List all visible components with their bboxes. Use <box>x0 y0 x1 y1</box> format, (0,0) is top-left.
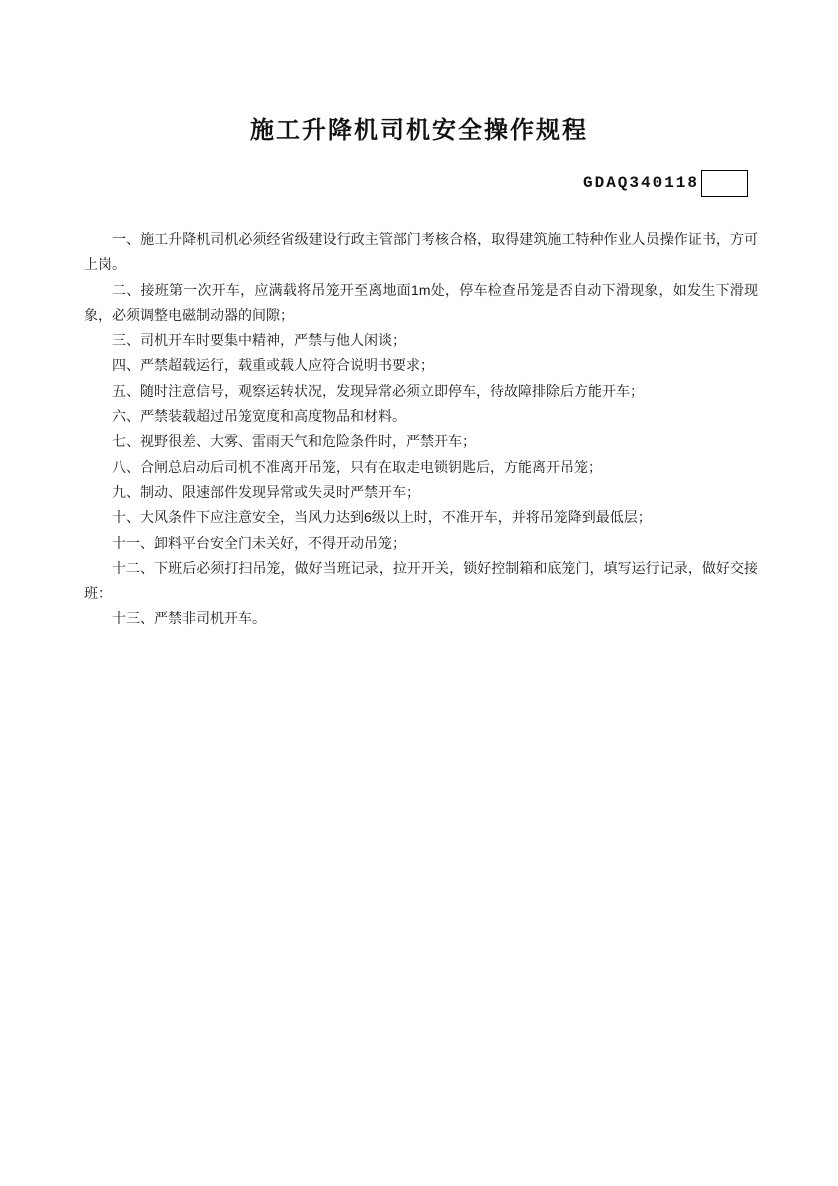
doc-code-row: GDAQ340118 <box>0 169 838 197</box>
rules-list: 一、施工升降机司机必须经省级建设行政主管部门考核合格，取得建筑施工特种作业人员操… <box>0 227 838 632</box>
rule-item: 七、视野很差、大雾、雷雨天气和危险条件时，严禁开车； <box>84 429 758 454</box>
rule-item: 十一、卸料平台安全门未关好，不得开动吊笼； <box>84 531 758 556</box>
rule-item: 十、大风条件下应注意安全，当风力达到6级以上时，不准开车，并将吊笼降到最低层； <box>84 505 758 530</box>
rule-item: 一、施工升降机司机必须经省级建设行政主管部门考核合格，取得建筑施工特种作业人员操… <box>84 227 758 278</box>
rule-item: 十二、下班后必须打扫吊笼，做好当班记录，拉开开关，锁好控制箱和底笼门，填写运行记… <box>84 556 758 607</box>
rule-item: 二、接班第一次开车，应满载将吊笼开至离地面1m处，停车检查吊笼是否自动下滑现象，… <box>84 278 758 329</box>
rule-item: 五、随时注意信号，观察运转状况，发现异常必须立即停车，待故障排除后方能开车； <box>84 379 758 404</box>
rule-item: 九、制动、限速部件发现异常或失灵时严禁开车； <box>84 480 758 505</box>
doc-code-fill-box <box>701 170 748 197</box>
document-page: 施工升降机司机安全操作规程 GDAQ340118 一、施工升降机司机必须经省级建… <box>0 0 838 1186</box>
rule-item: 十三、严禁非司机开车。 <box>84 606 758 631</box>
rule-item: 三、司机开车时要集中精神，严禁与他人闲谈； <box>84 328 758 353</box>
rule-item: 六、严禁装载超过吊笼宽度和高度物品和材料。 <box>84 404 758 429</box>
rule-item: 八、合闸总启动后司机不准离开吊笼，只有在取走电锁钥匙后，方能离开吊笼； <box>84 455 758 480</box>
doc-code: GDAQ340118 <box>583 174 699 192</box>
document-title: 施工升降机司机安全操作规程 <box>0 0 838 146</box>
rule-item: 四、严禁超载运行，载重或载人应符合说明书要求； <box>84 353 758 378</box>
